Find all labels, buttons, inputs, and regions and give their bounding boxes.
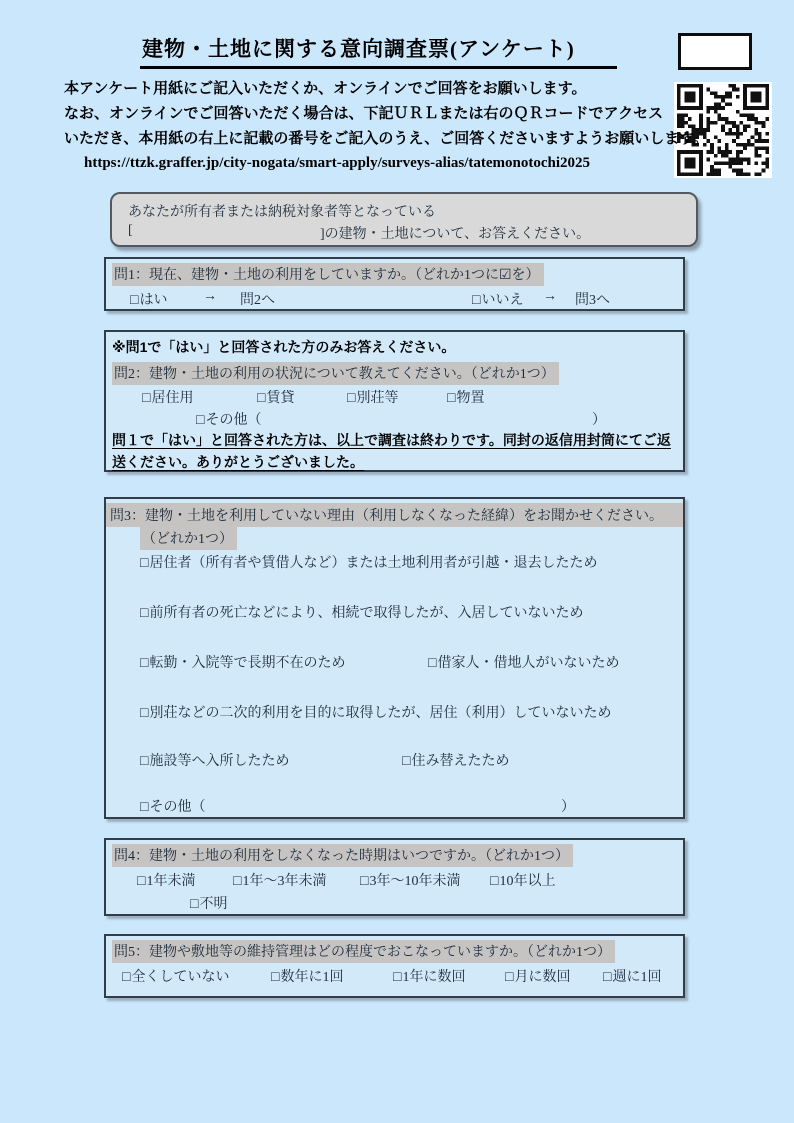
q2-option-residential[interactable]: □居住用	[142, 387, 193, 407]
q2-option-other-label: その他（	[205, 413, 261, 428]
question-4-box: 問4：建物・土地の利用をしなくなった時期はいつですか。（どれか1つ） □1年未満…	[104, 838, 685, 916]
q3-option-label: 施設等へ入所したため	[149, 754, 289, 769]
q3-option-label: 前所有者の死亡などにより、相続で取得したが、入居していないため	[149, 606, 583, 621]
q3-option-inherited[interactable]: □前所有者の死亡などにより、相続で取得したが、入居していないため	[140, 602, 583, 622]
page-title: 建物・土地に関する意向調査票(アンケート)	[140, 33, 617, 69]
survey-page: 建物・土地に関する意向調査票(アンケート) 本アンケート用紙にご記入いただくか、…	[0, 0, 794, 1123]
q5-option-few-per-month[interactable]: □月に数回	[505, 966, 570, 986]
checkbox-icon: □	[196, 413, 204, 428]
intro-line-2: なお、オンラインでご回答いただく場合は、下記ＵＲＬまたは右のＱＲコードでアクセス	[64, 101, 679, 126]
q5-option-once-per-years[interactable]: □数年に1回	[271, 966, 343, 986]
target-note-line1: あなたが所有者または納税対象者等となっている	[128, 201, 436, 221]
q3-other-close-paren: ）	[561, 796, 575, 816]
q2-note: ※問1で「はい」と回答された方のみお答えください。	[112, 337, 455, 357]
checkbox-icon: □	[122, 970, 130, 985]
checkbox-icon: □	[140, 706, 148, 721]
checkbox-icon: □	[271, 970, 279, 985]
q3-option-other[interactable]: □その他（	[140, 796, 205, 816]
q2-option-label: 別荘等	[356, 391, 398, 406]
q3-option-moved-out[interactable]: □居住者（所有者や賃借人など）または土地利用者が引越・退去したため	[140, 552, 597, 572]
checkbox-icon: □	[603, 970, 611, 985]
checkbox-icon: □	[140, 800, 148, 815]
checkbox-icon: □	[140, 606, 148, 621]
survey-url-link[interactable]: https://ttzk.graffer.jp/city-nogata/smar…	[84, 151, 679, 176]
intro-paragraph: 本アンケート用紙にご記入いただくか、オンラインでご回答をお願いします。 なお、オ…	[64, 76, 679, 176]
checkbox-icon: □	[130, 293, 138, 308]
checkbox-icon: □	[393, 970, 401, 985]
q2-closing-line-1: 問１で「はい」と回答された方は、以上で調査は終わりです。同封の返信用封筒にてご返	[112, 430, 671, 450]
checkbox-icon: □	[428, 656, 436, 671]
q5-header: 問5：建物や敷地等の維持管理はどの程度でおこなっていますか。（どれか1つ）	[112, 940, 615, 963]
q4-option-label: 10年以上	[499, 874, 555, 889]
target-note-box: あなたが所有者または納税対象者等となっている [ ]の建物・土地について、お答え…	[110, 192, 698, 247]
checkbox-icon: □	[472, 293, 480, 308]
checkbox-icon: □	[140, 754, 148, 769]
q5-option-label: 1年に数回	[402, 970, 465, 985]
question-5-box: 問5：建物や敷地等の維持管理はどの程度でおこなっていますか。（どれか1つ） □全…	[104, 934, 685, 998]
q4-option-3-10yr[interactable]: □3年～10年未満	[360, 870, 460, 890]
q2-option-storage[interactable]: □物置	[447, 387, 484, 407]
question-3-box: 問3：建物・土地を利用していない理由（利用しなくなった経緯）をお聞かせください。…	[104, 497, 685, 819]
q1-header: 問1：現在、建物・土地の利用をしていますか。（どれか1つに☑を）	[112, 263, 544, 286]
checkbox-icon: □	[233, 874, 241, 889]
q5-option-weekly[interactable]: □週に1回	[603, 966, 661, 986]
q4-option-1-3yr[interactable]: □1年～3年未満	[233, 870, 326, 890]
q5-option-few-per-year[interactable]: □1年に数回	[393, 966, 465, 986]
checkbox-icon: □	[140, 656, 148, 671]
target-note-line2: ]の建物・土地について、お答えください。	[320, 223, 590, 243]
q4-option-over-10yr[interactable]: □10年以上	[490, 870, 555, 890]
q2-closing-line-2: 送ください。ありがとうございました。	[112, 452, 364, 472]
checkbox-icon: □	[190, 897, 198, 912]
q3-option-long-absence[interactable]: □転勤・入院等で長期不在のため	[140, 652, 345, 672]
question-1-box: 問1：現在、建物・土地の利用をしていますか。（どれか1つに☑を） □はい → 問…	[104, 257, 685, 311]
q5-option-label: 月に数回	[514, 970, 570, 985]
q1-option-no[interactable]: □いいえ	[472, 289, 523, 309]
q3-option-label: 別荘などの二次的利用を目的に取得したが、居住（利用）していないため	[149, 706, 611, 721]
q4-header: 問4：建物・土地の利用をしなくなった時期はいつですか。（どれか1つ）	[112, 844, 573, 867]
q3-option-moved-to-facility[interactable]: □施設等へ入所したため	[140, 750, 289, 770]
checkbox-icon: □	[490, 874, 498, 889]
q2-option-other[interactable]: □その他（	[196, 409, 261, 429]
q3-subheader: （どれか1つ）	[140, 527, 237, 550]
response-number-field[interactable]	[678, 33, 752, 70]
q2-option-rental[interactable]: □賃貸	[257, 387, 294, 407]
q4-option-label: 3年～10年未満	[369, 874, 460, 889]
q1-goto-q3: 問3へ	[575, 289, 610, 309]
q3-option-label: 転勤・入院等で長期不在のため	[149, 656, 345, 671]
target-name-blank-field[interactable]	[142, 226, 317, 240]
q2-other-close-paren: ）	[592, 409, 606, 429]
q5-option-none[interactable]: □全くしていない	[122, 966, 229, 986]
q2-header: 問2：建物・土地の利用の状況について教えてください。（どれか1つ）	[112, 362, 559, 385]
q4-option-under-1yr[interactable]: □1年未満	[137, 870, 195, 890]
checkbox-icon: □	[505, 970, 513, 985]
q4-option-unknown[interactable]: □不明	[190, 893, 227, 913]
q1-goto-q2: 問2へ	[240, 289, 275, 309]
checkbox-icon: □	[137, 874, 145, 889]
q3-option-label: 居住者（所有者や賃借人など）または土地利用者が引越・退去したため	[149, 556, 597, 571]
q3-option-label: 借家人・借地人がいないため	[437, 656, 619, 671]
q5-option-label: 全くしていない	[131, 970, 229, 985]
q3-option-other-label: その他（	[149, 800, 205, 815]
checkbox-icon: □	[140, 556, 148, 571]
q3-header: 問3：建物・土地を利用していない理由（利用しなくなった経緯）をお聞かせください。	[106, 503, 683, 527]
intro-line-1: 本アンケート用紙にご記入いただくか、オンラインでご回答をお願いします。	[64, 76, 679, 101]
q3-option-no-tenant[interactable]: □借家人・借地人がいないため	[428, 652, 619, 672]
q1-option-yes-label: はい	[139, 293, 167, 308]
checkbox-icon: □	[402, 754, 410, 769]
q2-option-label: 居住用	[151, 391, 193, 406]
q4-option-label: 1年～3年未満	[242, 874, 326, 889]
q3-other-blank-field[interactable]	[221, 799, 551, 812]
q1-option-yes[interactable]: □はい	[130, 289, 167, 309]
q2-option-label: 物置	[456, 391, 484, 406]
q3-option-secondary-use[interactable]: □別荘などの二次的利用を目的に取得したが、居住（利用）していないため	[140, 702, 611, 722]
question-2-box: ※問1で「はい」と回答された方のみお答えください。 問2：建物・土地の利用の状況…	[104, 330, 685, 472]
checkbox-icon: □	[347, 391, 355, 406]
q4-option-label: 不明	[199, 897, 227, 912]
q1-option-no-label: いいえ	[481, 293, 523, 308]
q4-option-label: 1年未満	[146, 874, 195, 889]
q2-other-blank-field[interactable]	[271, 412, 586, 425]
q3-option-label: 住み替えたため	[411, 754, 509, 769]
checkbox-icon: □	[142, 391, 150, 406]
q2-option-label: 賃貸	[266, 391, 294, 406]
checkbox-icon: □	[447, 391, 455, 406]
q2-option-villa[interactable]: □別荘等	[347, 387, 398, 407]
arrow-icon: →	[203, 289, 217, 305]
q3-option-relocated[interactable]: □住み替えたため	[402, 750, 509, 770]
q5-option-label: 数年に1回	[280, 970, 343, 985]
arrow-icon: →	[543, 289, 557, 305]
target-bracket-open: [	[128, 223, 133, 239]
checkbox-icon: □	[257, 391, 265, 406]
q5-option-label: 週に1回	[612, 970, 661, 985]
checkbox-icon: □	[360, 874, 368, 889]
intro-line-3: いただき、本用紙の右上に記載の番号をご記入のうえ、ご回答くださいますようお願いし…	[64, 126, 679, 151]
